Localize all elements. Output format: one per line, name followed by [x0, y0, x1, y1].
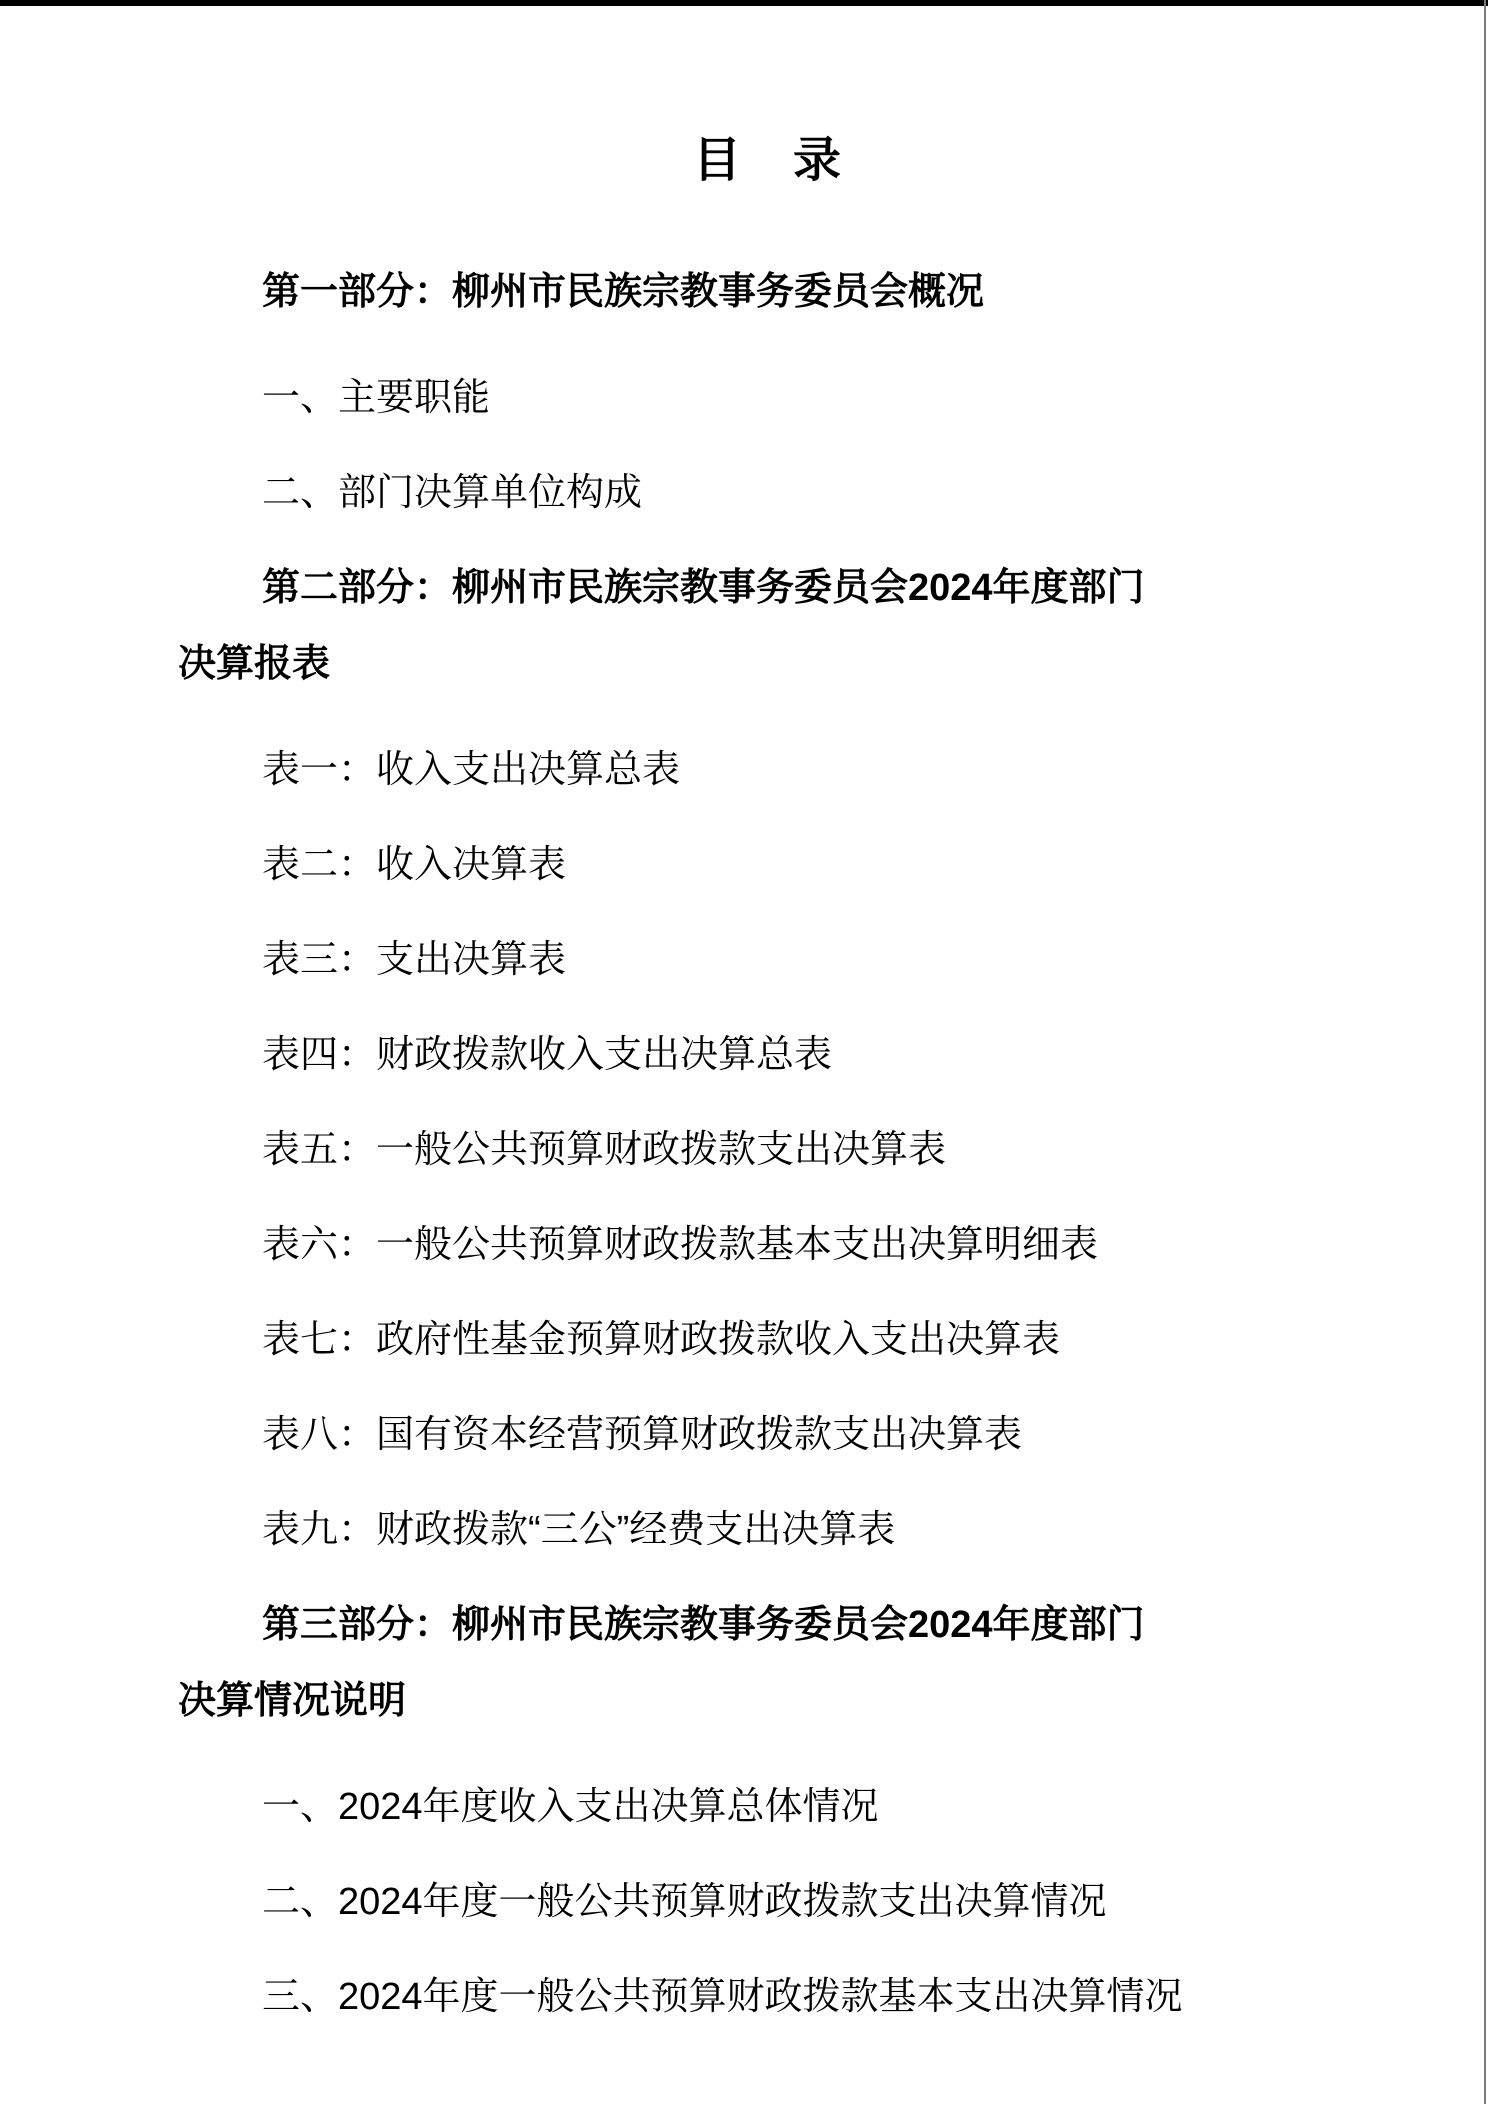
toc-item-line: 二、部门决算单位构成 [178, 455, 1358, 531]
toc-item-line: 表五：一般公共预算财政拨款支出决算表 [178, 1112, 1358, 1188]
toc-item-line: 第三部分：柳州市民族宗教事务委员会2024年度部门 [178, 1587, 1358, 1663]
toc-section-heading: 第二部分：柳州市民族宗教事务委员会2024年度部门决算报表 [178, 550, 1358, 702]
toc-entry: 表二：收入决算表 [178, 827, 1358, 903]
toc-entry: 一、2024年度收入支出决算总体情况 [178, 1769, 1358, 1845]
toc-entry: 表一：收入支出决算总表 [178, 732, 1358, 808]
toc-item-line: 表四：财政拨款收入支出决算总表 [178, 1017, 1358, 1093]
toc-item-line: 决算报表 [178, 626, 1358, 702]
toc-item-line: 表八：国有资本经营预算财政拨款支出决算表 [178, 1397, 1358, 1473]
toc-entry: 表六：一般公共预算财政拨款基本支出决算明细表 [178, 1207, 1358, 1283]
document-page: 目 录 第一部分：柳州市民族宗教事务委员会概况一、主要职能二、部门决算单位构成第… [0, 0, 1488, 2104]
toc-entry: 二、部门决算单位构成 [178, 455, 1358, 531]
toc-entry: 表五：一般公共预算财政拨款支出决算表 [178, 1112, 1358, 1188]
document-title: 目 录 [178, 118, 1358, 204]
page-content: 目 录 第一部分：柳州市民族宗教事务委员会概况一、主要职能二、部门决算单位构成第… [0, 0, 1488, 2104]
toc-item-line: 决算情况说明 [178, 1663, 1358, 1739]
toc-section-heading: 第三部分：柳州市民族宗教事务委员会2024年度部门决算情况说明 [178, 1587, 1358, 1739]
toc-item-line: 三、2024年度一般公共预算财政拨款基本支出决算情况 [178, 1959, 1358, 2035]
toc-entry: 表三：支出决算表 [178, 922, 1358, 998]
toc-entry: 表四：财政拨款收入支出决算总表 [178, 1017, 1358, 1093]
toc-entry: 二、2024年度一般公共预算财政拨款支出决算情况 [178, 1864, 1358, 1940]
toc-item-line: 表六：一般公共预算财政拨款基本支出决算明细表 [178, 1207, 1358, 1283]
toc-section-heading: 第一部分：柳州市民族宗教事务委员会概况 [178, 254, 1358, 330]
toc-entry: 一、主要职能 [178, 360, 1358, 436]
toc-item-line: 二、2024年度一般公共预算财政拨款支出决算情况 [178, 1864, 1358, 1940]
toc-item-line: 表七：政府性基金预算财政拨款收入支出决算表 [178, 1302, 1358, 1378]
toc-item-line: 表二：收入决算表 [178, 827, 1358, 903]
toc-entry: 表七：政府性基金预算财政拨款收入支出决算表 [178, 1302, 1358, 1378]
toc-item-line: 第二部分：柳州市民族宗教事务委员会2024年度部门 [178, 550, 1358, 626]
toc-entry: 表八：国有资本经营预算财政拨款支出决算表 [178, 1397, 1358, 1473]
toc-item-line: 第一部分：柳州市民族宗教事务委员会概况 [178, 254, 1358, 330]
toc-entry: 表九：财政拨款“三公”经费支出决算表 [178, 1492, 1358, 1568]
toc-item-line: 一、2024年度收入支出决算总体情况 [178, 1769, 1358, 1845]
toc-list: 第一部分：柳州市民族宗教事务委员会概况一、主要职能二、部门决算单位构成第二部分：… [178, 254, 1358, 2035]
toc-item-line: 表三：支出决算表 [178, 922, 1358, 998]
toc-item-line: 表一：收入支出决算总表 [178, 732, 1358, 808]
toc-item-line: 一、主要职能 [178, 360, 1358, 436]
toc-item-line: 表九：财政拨款“三公”经费支出决算表 [178, 1492, 1358, 1568]
toc-entry: 三、2024年度一般公共预算财政拨款基本支出决算情况 [178, 1959, 1358, 2035]
